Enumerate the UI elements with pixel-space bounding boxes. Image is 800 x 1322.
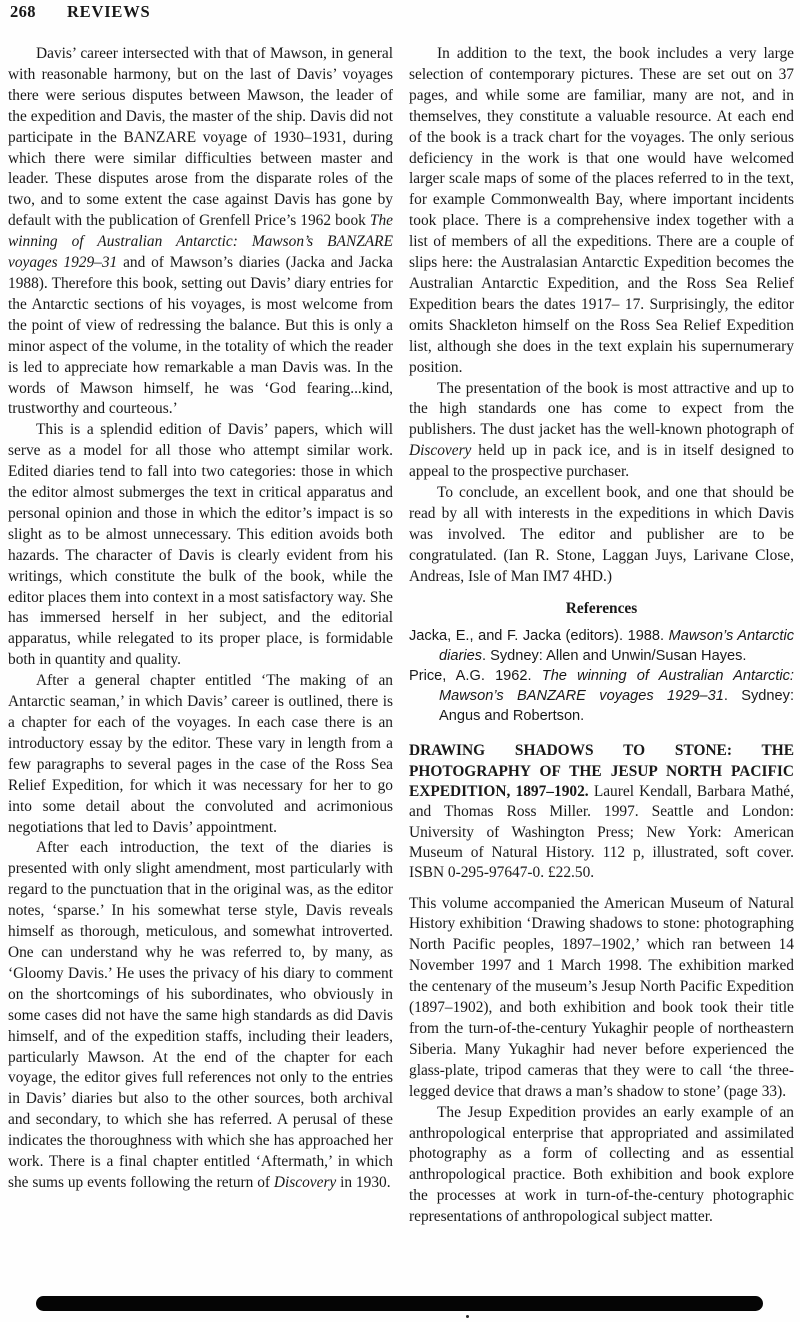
body-text: in 1930. <box>336 1174 390 1191</box>
review-paragraph-splendid-edition: This is a splendid edition of Davis’ pap… <box>8 420 393 671</box>
review-paragraph-pictures: In addition to the text, the book includ… <box>409 44 794 379</box>
right-column: In addition to the text, the book includ… <box>409 44 794 1228</box>
reference-jacka-1988: Jacka, E., and F. Jacka (editors). 1988.… <box>409 626 794 666</box>
body-text: In addition to the text, the book includ… <box>409 45 794 376</box>
body-text: This volume accompanied the American Mus… <box>409 895 794 1100</box>
body-text: To conclude, an excellent book, and one … <box>409 484 794 585</box>
body-text: After a general chapter entitled ‘The ma… <box>8 672 393 835</box>
review-paragraph-presentation: The presentation of the book is most att… <box>409 379 794 484</box>
review-paragraph-jesup-expedition: The Jesup Expedition provides an early e… <box>409 1103 794 1228</box>
body-text: Price, A.G. 1962. <box>409 668 542 684</box>
journal-page: 268REVIEWS Davis’ career intersected wit… <box>0 0 800 1322</box>
body-text: Davis’ career intersected with that of M… <box>8 45 393 229</box>
body-text: The presentation of the book is most att… <box>409 380 794 439</box>
review-paragraph-general-chapter: After a general chapter entitled ‘The ma… <box>8 671 393 838</box>
next-review-heading-drawing-shadows: DRAWING SHADOWS TO STONE: THE PHOTOGRAPH… <box>409 741 794 883</box>
review-paragraph-conclusion: To conclude, an excellent book, and one … <box>409 483 794 588</box>
body-text: This is a splendid edition of Davis’ pap… <box>8 421 393 668</box>
body-text: Jacka, E., and F. Jacka (editors). 1988. <box>409 628 669 644</box>
review-paragraph-davis-career: Davis’ career intersected with that of M… <box>8 44 393 420</box>
review-paragraph-this-volume: This volume accompanied the American Mus… <box>409 894 794 1103</box>
reference-price-1962: Price, A.G. 1962. The winning of Austral… <box>409 666 794 726</box>
scan-artifact-dot <box>466 1315 469 1318</box>
body-text: The Jesup Expedition provides an early e… <box>409 1104 794 1226</box>
page-header: 268REVIEWS <box>10 2 151 22</box>
body-text: and of Mawson’s diaries (Jacka and Jacka… <box>8 254 393 417</box>
review-paragraph-diaries-text: After each introduction, the text of the… <box>8 838 393 1193</box>
references-heading: References <box>409 599 794 620</box>
body-text: After each introduction, the text of the… <box>8 839 393 1191</box>
running-head: REVIEWS <box>67 2 151 21</box>
italic-text: Discovery <box>409 442 471 459</box>
italic-text: Discovery <box>274 1174 336 1191</box>
left-column: Davis’ career intersected with that of M… <box>8 44 393 1228</box>
body-text: References <box>566 600 638 617</box>
two-column-layout: Davis’ career intersected with that of M… <box>8 44 794 1228</box>
body-text: . Sydney: Allen and Unwin/Susan Hayes. <box>482 648 746 664</box>
page-number: 268 <box>10 2 36 21</box>
scan-artifact-bar <box>36 1296 763 1311</box>
